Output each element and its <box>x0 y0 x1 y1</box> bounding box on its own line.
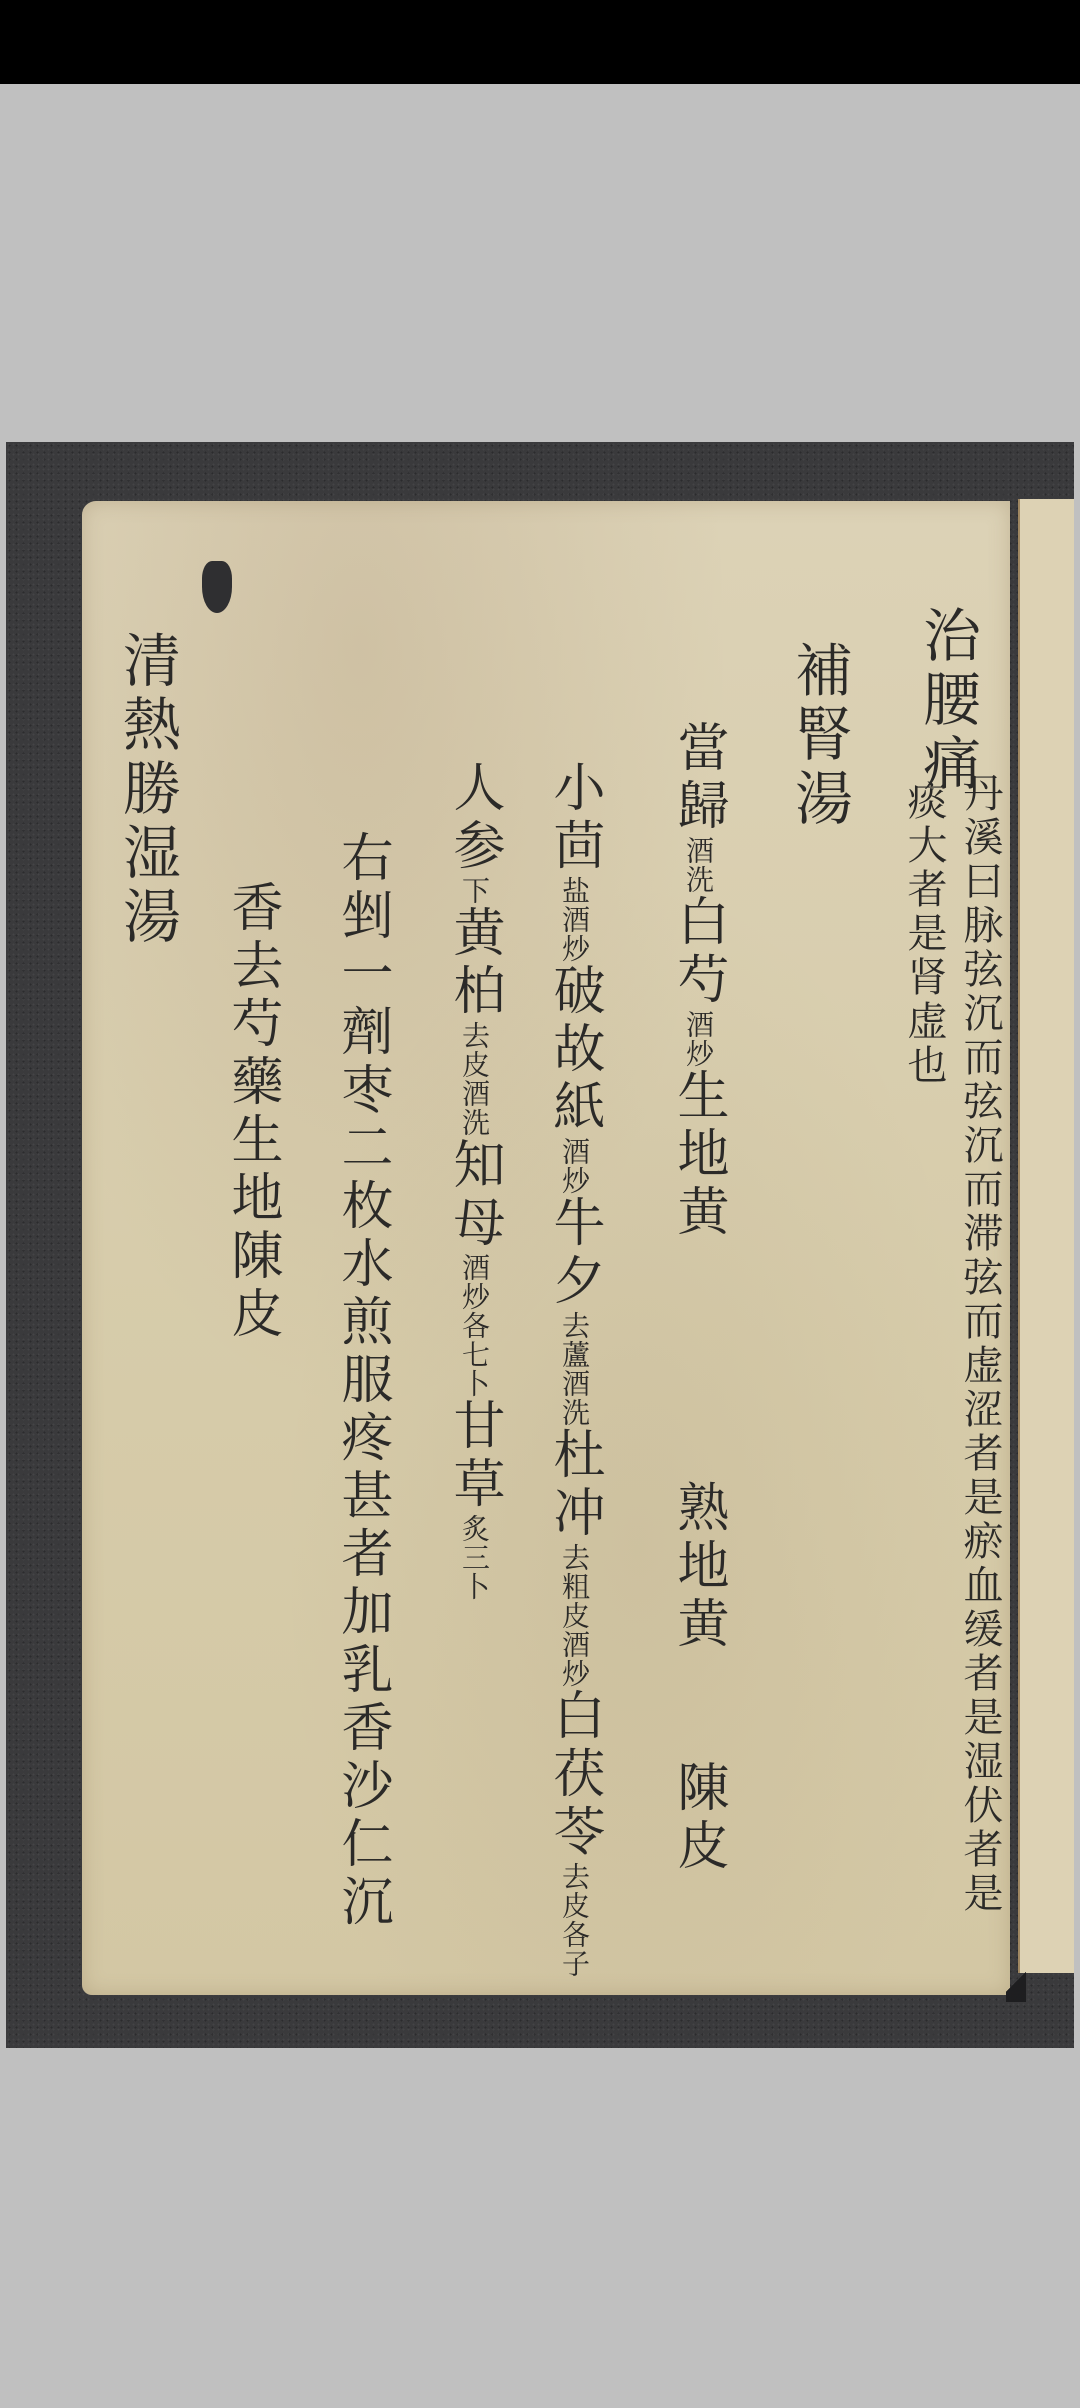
ingredient: 杜冲 <box>544 1427 604 1543</box>
adjacent-page-edge <box>1018 499 1074 1973</box>
ingredient: 當歸 <box>668 720 728 836</box>
ingredient: 黄柏 <box>444 905 504 1021</box>
ingredient-note: 酒洗 <box>682 836 715 894</box>
ingredient-note: 去皮各 <box>558 1862 591 1949</box>
ingredient: 知母 <box>444 1137 504 1253</box>
ingredient-line-1: 當歸酒洗白芍酒炒生地黄 <box>672 720 724 1242</box>
ingredient-line-2: 小茴盐酒炒破故紙酒炒牛夕去蘆酒洗杜冲去粗皮酒炒白茯苓去皮各子 <box>548 760 600 1978</box>
ingredient-line-1-b: 熟地黄 <box>672 1480 724 1654</box>
heading-annotation-right: 丹溪曰脉弦沉而弦沉而滞弦而虚涩者是瘀血缓者是湿伏者是 <box>960 772 1000 1916</box>
ingredient-line-3: 人参下黄柏去皮酒洗知母酒炒各七卜甘草炙三卜 <box>448 760 500 1601</box>
ingredient-note: 去皮酒洗 <box>458 1021 491 1137</box>
ingredient: 生地黄 <box>668 1068 728 1242</box>
ingredient-note: 酒炒 <box>558 1137 591 1195</box>
ingredient-line-1-c: 陳皮 <box>672 1760 724 1876</box>
heading-annotation-left: 痰大者是肾虚也 <box>904 780 944 1088</box>
recipe-title-qingre-shengshi-tang: 清熱勝湿湯 <box>118 630 176 950</box>
status-bar <box>0 0 1080 84</box>
ingredient: 破故紙 <box>544 963 604 1137</box>
ingredient: 白芍 <box>668 894 728 1010</box>
ingredient-note: 酒炒 <box>682 1010 715 1068</box>
recipe-title-bushentang: 補腎湯 <box>790 640 848 832</box>
ingredient-note: 酒炒各七卜 <box>458 1253 491 1398</box>
section-heading: 治腰痛 <box>918 605 976 797</box>
preparation-instructions-continued: 香去芍藥生地陳皮 <box>226 880 278 1344</box>
ink-stain <box>202 561 232 613</box>
ingredient-note: 去粗皮酒炒 <box>558 1543 591 1688</box>
ingredient-note: 炙三卜 <box>458 1514 491 1601</box>
ingredient-note: 盐酒炒 <box>558 876 591 963</box>
ingredient: 甘草 <box>444 1398 504 1514</box>
ingredient-note: 下 <box>458 876 491 905</box>
preparation-instructions: 右剉一劑枣二枚水煎服疼甚者加乳香沙仁沉 <box>336 830 388 1932</box>
ingredient: 牛夕 <box>544 1195 604 1311</box>
ingredient: 人参 <box>444 760 504 876</box>
ingredient: 白茯苓 <box>544 1688 604 1862</box>
page-fold <box>1006 1962 1026 2002</box>
ingredient-note: 去蘆酒洗 <box>558 1311 591 1427</box>
ingredient: 小茴 <box>544 760 604 876</box>
ingredient-note: 子 <box>558 1949 591 1978</box>
